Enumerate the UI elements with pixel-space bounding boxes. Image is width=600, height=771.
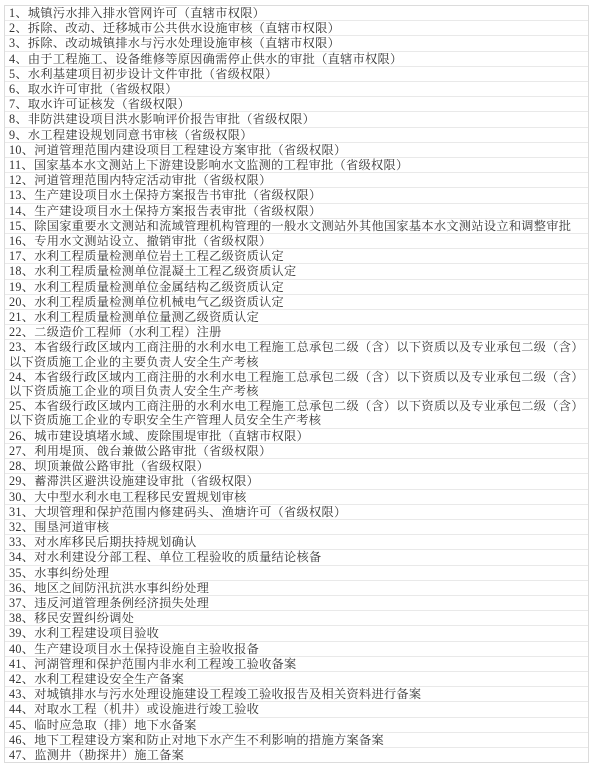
list-item-text: 水利工程建设项目验收 bbox=[34, 626, 159, 640]
list-item-number: 20 bbox=[9, 295, 22, 309]
list-item: 40、生产建设项目水土保持设施自主验收报备 bbox=[5, 642, 588, 657]
list-item-text: 水工程建设规划同意书审核（省级权限） bbox=[28, 128, 253, 142]
list-item: 28、坝顶兼做公路审批（省级权限） bbox=[5, 459, 588, 474]
list-item: 41、河湖管理和保护范围内非水利工程竣工验收备案 bbox=[5, 657, 588, 672]
list-item-separator: 、 bbox=[22, 173, 35, 187]
page: 1、城镇污水排入排水管网许可（直辖市权限） 2、拆除、改动、迁移城市公共供水设施… bbox=[0, 0, 600, 771]
list-item-number: 14 bbox=[9, 204, 22, 218]
list-item: 5、水利基建项目初步设计文件审批（省级权限） bbox=[5, 67, 588, 82]
list-item: 20、水利工程质量检测单位机械电气乙级资质认定 bbox=[5, 295, 588, 310]
list-item: 4、由于工程施工、设备维修等原因确需停止供水的审批（直辖市权限） bbox=[5, 52, 588, 67]
list-item-text: 水利工程质量检测单位岩土工程乙级资质认定 bbox=[34, 249, 284, 263]
approval-items-list: 1、城镇污水排入排水管网许可（直辖市权限） 2、拆除、改动、迁移城市公共供水设施… bbox=[4, 5, 589, 763]
list-item-text: 河道管理范围内建设项目工程建设方案审批（省级权限） bbox=[34, 143, 346, 157]
list-item-number: 39 bbox=[9, 626, 22, 640]
list-item-text: 对水利建设分部工程、单位工程验收的质量结论核备 bbox=[34, 550, 321, 564]
list-item-separator: 、 bbox=[22, 687, 35, 701]
list-item-text: 水事纠纷处理 bbox=[34, 566, 109, 580]
list-item-separator: 、 bbox=[22, 399, 35, 413]
list-item-text: 拆除、改动、迁移城市公共供水设施审核（直辖市权限） bbox=[28, 21, 340, 35]
list-item-number: 25 bbox=[9, 399, 22, 413]
list-item-text: 水利工程质量检测单位金属结构乙级资质认定 bbox=[34, 280, 284, 294]
list-item-text: 移民安置纠纷调处 bbox=[34, 611, 134, 625]
list-item-separator: 、 bbox=[22, 642, 35, 656]
list-item-number: 11 bbox=[9, 158, 21, 172]
list-item-number: 10 bbox=[9, 143, 22, 157]
list-item: 34、对水利建设分部工程、单位工程验收的质量结论核备 bbox=[5, 550, 588, 565]
list-item: 24、本省级行政区域内工商注册的水利水电工程施工总承包二级（含）以下资质以及专业… bbox=[5, 370, 588, 399]
list-item-separator: 、 bbox=[22, 748, 35, 762]
list-item: 12、河道管理范围内特定活动审批（省级权限） bbox=[5, 173, 588, 188]
list-item: 10、河道管理范围内建设项目工程建设方案审批（省级权限） bbox=[5, 143, 588, 158]
list-item: 14、生产建设项目水土保持方案报告表审批（省级权限） bbox=[5, 204, 588, 219]
list-item-separator: 、 bbox=[22, 370, 35, 384]
list-item-text: 生产建设项目水土保持设施自主验收报备 bbox=[34, 642, 259, 656]
list-item-number: 16 bbox=[9, 234, 22, 248]
list-item-separator: 、 bbox=[22, 325, 35, 339]
list-item-text: 本省级行政区域内工商注册的水利水电工程施工总承包二级（含）以下资质以及专业承包二… bbox=[9, 399, 578, 427]
list-item-number: 29 bbox=[9, 474, 22, 488]
list-item-text: 水利工程质量检测单位机械电气乙级资质认定 bbox=[34, 295, 284, 309]
list-item-separator: 、 bbox=[15, 128, 28, 142]
list-item-text: 利用堤顶、戗台兼做公路审批（省级权限） bbox=[34, 444, 271, 458]
list-item-separator: 、 bbox=[15, 82, 28, 96]
list-item-text: 水利基建项目初步设计文件审批（省级权限） bbox=[28, 67, 278, 81]
list-item-text: 蓄滞洪区避洪设施建设审批（省级权限） bbox=[34, 474, 259, 488]
list-item: 22、二级造价工程师（水利工程）注册 bbox=[5, 325, 588, 340]
list-item-text: 生产建设项目水土保持方案报告书审批（省级权限） bbox=[34, 188, 321, 202]
list-item-text: 大坝管理和保护范围内修建码头、渔塘许可（省级权限） bbox=[34, 505, 346, 519]
list-item: 47、监测井（勘探井）施工备案 bbox=[5, 748, 588, 762]
list-item-text: 水利工程质量检测单位混凝土工程乙级资质认定 bbox=[34, 264, 296, 278]
list-item: 36、地区之间防汛抗洪水事纠纷处理 bbox=[5, 581, 588, 596]
list-item: 7、取水许可证核发（省级权限） bbox=[5, 97, 588, 112]
list-item-number: 38 bbox=[9, 611, 22, 625]
list-item-text: 除国家重要水文测站和流域管理机构管理的一般水文测站外其他国家基本水文测站设立和调… bbox=[34, 219, 571, 233]
list-item-text: 城镇污水排入排水管网许可（直辖市权限） bbox=[28, 6, 265, 20]
list-item: 29、蓄滞洪区避洪设施建设审批（省级权限） bbox=[5, 474, 588, 489]
list-item-separator: 、 bbox=[22, 340, 35, 354]
list-item-separator: 、 bbox=[22, 550, 35, 564]
list-item-text: 对城镇排水与污水处理设施建设工程竣工验收报告及相关资料进行备案 bbox=[34, 687, 421, 701]
list-item-number: 26 bbox=[9, 429, 22, 443]
list-item-number: 12 bbox=[9, 173, 22, 187]
list-item-separator: 、 bbox=[22, 249, 35, 263]
list-item-text: 非防洪建设项目洪水影响评价报告审批（省级权限） bbox=[28, 112, 315, 126]
list-item-number: 33 bbox=[9, 535, 22, 549]
list-item-separator: 、 bbox=[15, 112, 28, 126]
list-item-text: 二级造价工程师（水利工程）注册 bbox=[34, 325, 221, 339]
list-item-text: 国家基本水文测站上下游建设影响水文监测的工程审批（省级权限） bbox=[34, 158, 409, 172]
list-item-text: 大中型水利水电工程移民安置规划审核 bbox=[34, 490, 246, 504]
list-item-separator: 、 bbox=[22, 474, 35, 488]
list-item-text: 地下工程建设方案和防止对地下水产生不利影响的措施方案备案 bbox=[34, 733, 384, 747]
list-item-number: 17 bbox=[9, 249, 22, 263]
list-item-number: 28 bbox=[9, 459, 22, 473]
list-item-separator: 、 bbox=[22, 264, 35, 278]
list-item: 19、水利工程质量检测单位金属结构乙级资质认定 bbox=[5, 280, 588, 295]
list-item: 38、移民安置纠纷调处 bbox=[5, 611, 588, 626]
list-item-number: 46 bbox=[9, 733, 22, 747]
list-item-separator: 、 bbox=[15, 21, 28, 35]
list-item-text: 对取水工程（机井）或设施进行竣工验收 bbox=[34, 702, 259, 716]
list-item-separator: 、 bbox=[22, 280, 35, 294]
list-item-separator: 、 bbox=[22, 459, 35, 473]
list-item-text: 监测井（勘探井）施工备案 bbox=[34, 748, 184, 762]
list-item-number: 42 bbox=[9, 672, 22, 686]
list-item-number: 15 bbox=[9, 219, 22, 233]
list-item: 32、围垦河道审核 bbox=[5, 520, 588, 535]
list-item-text: 本省级行政区域内工商注册的水利水电工程施工总承包二级（含）以下资质以及专业承包二… bbox=[9, 370, 578, 398]
list-item-separator: 、 bbox=[15, 6, 28, 20]
list-item: 42、水利工程建设安全生产备案 bbox=[5, 672, 588, 687]
list-item-separator: 、 bbox=[15, 52, 28, 66]
list-item-separator: 、 bbox=[22, 429, 35, 443]
list-item-text: 生产建设项目水土保持方案报告表审批（省级权限） bbox=[34, 204, 321, 218]
list-item: 11、国家基本水文测站上下游建设影响水文监测的工程审批（省级权限） bbox=[5, 158, 588, 173]
list-item-text: 违反河道管理条例经济损失处理 bbox=[34, 596, 209, 610]
list-item-number: 18 bbox=[9, 264, 22, 278]
list-item: 45、临时应急取（排）地下水备案 bbox=[5, 718, 588, 733]
list-item-separator: 、 bbox=[22, 505, 35, 519]
list-item-text: 河湖管理和保护范围内非水利工程竣工验收备案 bbox=[34, 657, 296, 671]
list-item-separator: 、 bbox=[22, 490, 35, 504]
list-item-number: 40 bbox=[9, 642, 22, 656]
list-item-separator: 、 bbox=[22, 444, 35, 458]
list-item-number: 13 bbox=[9, 188, 22, 202]
list-item-number: 21 bbox=[9, 310, 22, 324]
list-item-separator: 、 bbox=[22, 295, 35, 309]
list-item-text: 拆除、改动城镇排水与污水处理设施审核（直辖市权限） bbox=[28, 36, 340, 50]
list-item-number: 45 bbox=[9, 718, 22, 732]
list-item: 44、对取水工程（机井）或设施进行竣工验收 bbox=[5, 702, 588, 717]
list-item: 1、城镇污水排入排水管网许可（直辖市权限） bbox=[5, 6, 588, 21]
list-item-separator: 、 bbox=[15, 97, 28, 111]
list-item-number: 43 bbox=[9, 687, 22, 701]
list-item-separator: 、 bbox=[22, 718, 35, 732]
list-item-text: 水利工程建设安全生产备案 bbox=[34, 672, 184, 686]
list-item-text: 城市建设填堵水域、废除围堤审批（直辖市权限） bbox=[34, 429, 309, 443]
list-item-number: 37 bbox=[9, 596, 22, 610]
list-item-separator: 、 bbox=[22, 611, 35, 625]
list-item: 21、水利工程质量检测单位量测乙级资质认定 bbox=[5, 310, 588, 325]
list-item-separator: 、 bbox=[22, 234, 35, 248]
list-item-separator: 、 bbox=[22, 204, 35, 218]
list-item-text: 取水许可审批（省级权限） bbox=[28, 82, 178, 96]
list-item-text: 坝顶兼做公路审批（省级权限） bbox=[34, 459, 209, 473]
list-item: 30、大中型水利水电工程移民安置规划审核 bbox=[5, 490, 588, 505]
list-item-separator: 、 bbox=[15, 67, 28, 81]
list-item-number: 41 bbox=[9, 657, 22, 671]
list-item: 2、拆除、改动、迁移城市公共供水设施审核（直辖市权限） bbox=[5, 21, 588, 36]
list-item-text: 专用水文测站设立、撤销审批（省级权限） bbox=[34, 234, 271, 248]
list-item: 16、专用水文测站设立、撤销审批（省级权限） bbox=[5, 234, 588, 249]
list-item-separator: 、 bbox=[21, 158, 34, 172]
list-item-text: 临时应急取（排）地下水备案 bbox=[34, 718, 196, 732]
list-item-number: 23 bbox=[9, 340, 22, 354]
list-item-separator: 、 bbox=[22, 535, 35, 549]
list-item-separator: 、 bbox=[22, 657, 35, 671]
list-item-number: 32 bbox=[9, 520, 22, 534]
list-item-number: 30 bbox=[9, 490, 22, 504]
list-item-separator: 、 bbox=[22, 596, 35, 610]
list-item-number: 22 bbox=[9, 325, 22, 339]
list-item-text: 河道管理范围内特定活动审批（省级权限） bbox=[34, 173, 271, 187]
list-item: 13、生产建设项目水土保持方案报告书审批（省级权限） bbox=[5, 188, 588, 203]
list-item: 8、非防洪建设项目洪水影响评价报告审批（省级权限） bbox=[5, 112, 588, 127]
list-item-separator: 、 bbox=[22, 581, 35, 595]
list-item-separator: 、 bbox=[22, 626, 35, 640]
list-item: 3、拆除、改动城镇排水与污水处理设施审核（直辖市权限） bbox=[5, 36, 588, 51]
list-item-number: 36 bbox=[9, 581, 22, 595]
list-item-separator: 、 bbox=[22, 672, 35, 686]
list-item: 9、水工程建设规划同意书审核（省级权限） bbox=[5, 128, 588, 143]
list-item-separator: 、 bbox=[22, 702, 35, 716]
list-item: 18、水利工程质量检测单位混凝土工程乙级资质认定 bbox=[5, 264, 588, 279]
list-item: 33、对水库移民后期扶持规划确认 bbox=[5, 535, 588, 550]
list-item-separator: 、 bbox=[22, 219, 35, 233]
list-item-text: 地区之间防汛抗洪水事纠纷处理 bbox=[34, 581, 209, 595]
list-item-separator: 、 bbox=[22, 310, 35, 324]
list-item-number: 35 bbox=[9, 566, 22, 580]
list-item-separator: 、 bbox=[22, 733, 35, 747]
list-item-separator: 、 bbox=[22, 566, 35, 580]
list-item-text: 本省级行政区域内工商注册的水利水电工程施工总承包二级（含）以下资质以及专业承包二… bbox=[9, 340, 578, 368]
list-item-separator: 、 bbox=[22, 520, 35, 534]
list-item-text: 水利工程质量检测单位量测乙级资质认定 bbox=[34, 310, 259, 324]
list-item: 43、对城镇排水与污水处理设施建设工程竣工验收报告及相关资料进行备案 bbox=[5, 687, 588, 702]
list-item-text: 取水许可证核发（省级权限） bbox=[28, 97, 190, 111]
list-item-number: 44 bbox=[9, 702, 22, 716]
list-item: 31、大坝管理和保护范围内修建码头、渔塘许可（省级权限） bbox=[5, 505, 588, 520]
list-item: 23、本省级行政区域内工商注册的水利水电工程施工总承包二级（含）以下资质以及专业… bbox=[5, 340, 588, 369]
list-item: 39、水利工程建设项目验收 bbox=[5, 626, 588, 641]
list-item: 35、水事纠纷处理 bbox=[5, 566, 588, 581]
list-item-number: 47 bbox=[9, 748, 22, 762]
list-item-text: 围垦河道审核 bbox=[34, 520, 109, 534]
list-item-separator: 、 bbox=[15, 36, 28, 50]
list-item-separator: 、 bbox=[22, 143, 35, 157]
list-item-text: 由于工程施工、设备维修等原因确需停止供水的审批（直辖市权限） bbox=[28, 52, 403, 66]
list-item-text: 对水库移民后期扶持规划确认 bbox=[34, 535, 196, 549]
list-item: 27、利用堤顶、戗台兼做公路审批（省级权限） bbox=[5, 444, 588, 459]
list-item-number: 31 bbox=[9, 505, 22, 519]
list-item-number: 34 bbox=[9, 550, 22, 564]
list-item: 46、地下工程建设方案和防止对地下水产生不利影响的措施方案备案 bbox=[5, 733, 588, 748]
list-item-separator: 、 bbox=[22, 188, 35, 202]
list-item-number: 27 bbox=[9, 444, 22, 458]
list-item: 25、本省级行政区域内工商注册的水利水电工程施工总承包二级（含）以下资质以及专业… bbox=[5, 399, 588, 428]
list-item: 26、城市建设填堵水域、废除围堤审批（直辖市权限） bbox=[5, 429, 588, 444]
list-item-number: 19 bbox=[9, 280, 22, 294]
list-item: 17、水利工程质量检测单位岩土工程乙级资质认定 bbox=[5, 249, 588, 264]
list-item: 37、违反河道管理条例经济损失处理 bbox=[5, 596, 588, 611]
list-item: 15、除国家重要水文测站和流域管理机构管理的一般水文测站外其他国家基本水文测站设… bbox=[5, 219, 588, 234]
list-item: 6、取水许可审批（省级权限） bbox=[5, 82, 588, 97]
list-item-number: 24 bbox=[9, 370, 22, 384]
